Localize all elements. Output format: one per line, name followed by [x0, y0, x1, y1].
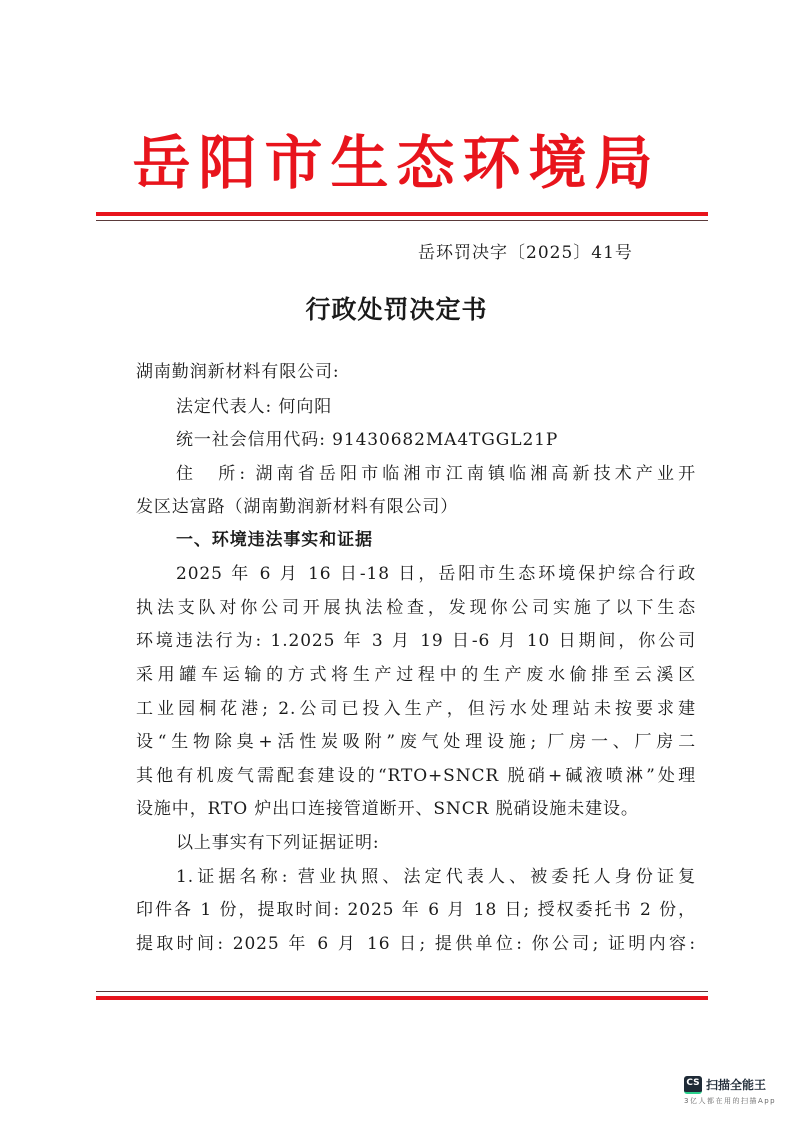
document-title: 行政处罚决定书 — [0, 290, 793, 326]
evidence-line: 提取时间: 2025 年 6 月 16 日; 提供单位: 你公司; 证明内容: — [136, 934, 696, 954]
party-name: 湖南勤润新材料有限公司: — [136, 362, 696, 382]
agency-masthead: 岳阳市生态环境局 — [0, 128, 793, 198]
section-heading: 一、环境违法事实和证据 — [176, 530, 696, 550]
evidence-intro: 以上事实有下列证据证明: — [176, 833, 696, 853]
masthead-dark-rule — [96, 220, 708, 221]
footer-dark-rule — [96, 991, 708, 992]
document-number: 岳环罚决字〔2025〕41号 — [418, 238, 633, 263]
fact-line: 2025 年 6 月 16 日-18 日，岳阳市生态环境保护综合行政 — [176, 564, 696, 584]
credit-code: 统一社会信用代码: 91430682MA4TGGL21P — [176, 430, 696, 450]
watermark-tagline: 3亿人都在用的扫描App — [684, 1096, 776, 1106]
fact-line: 其他有机废气需配套建设的“RTO+SNCR 脱硝+碱液喷淋”处理 — [136, 766, 696, 786]
evidence-line: 1.证据名称: 营业执照、法定代表人、被委托人身份证复 — [176, 867, 696, 887]
evidence-line: 印件各 1 份，提取时间: 2025 年 6 月 18 日; 授权委托书 2 份… — [136, 900, 696, 920]
legal-representative: 法定代表人: 何向阳 — [176, 397, 696, 417]
camscanner-logo-icon: CS — [684, 1076, 702, 1094]
fact-line: 采用罐车运输的方式将生产过程中的生产废水偷排至云溪区 — [136, 665, 696, 685]
fact-line: 工业园桐花港; 2.公司已投入生产，但污水处理站未按要求建 — [136, 699, 696, 719]
masthead-red-rule — [96, 212, 708, 216]
fact-line: 设施中，RTO 炉出口连接管道断开、SNCR 脱硝设施未建设。 — [136, 799, 696, 819]
scanner-watermark: CS 扫描全能王 3亿人都在用的扫描App — [684, 1076, 784, 1116]
fact-line: 环境违法行为: 1.2025 年 3 月 19 日-6 月 10 日期间，你公司 — [136, 631, 696, 651]
fact-line: 执法支队对你公司开展执法检查，发现你公司实施了以下生态 — [136, 598, 696, 618]
footer-red-rule — [96, 996, 708, 1000]
address-line-2: 发区达富路（湖南勤润新材料有限公司） — [136, 497, 696, 517]
address-line-1: 住 所: 湖南省岳阳市临湘市江南镇临湘高新技术产业开 — [176, 464, 696, 484]
fact-line: 设“生物除臭+活性炭吸附”废气处理设施; 厂房一、厂房二 — [136, 732, 696, 752]
watermark-app-name: 扫描全能王 — [706, 1076, 766, 1093]
